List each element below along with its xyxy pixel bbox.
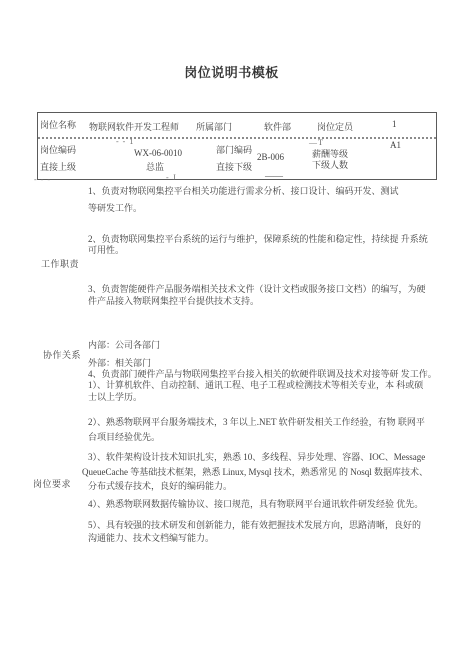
paragraph-line: 分布式缓存技术，良好的编码能力。 — [88, 479, 440, 494]
requirement-item: 5）、具有较强的技术研发和创新能力，能有效把握技术发展方向，思路清晰，良好的 沟… — [88, 519, 440, 545]
salary-grade-value: A1 — [390, 140, 401, 150]
header-table: 岗位名称 物联网软件开发工程师 所属部门 软件部 岗位定员 1 岗位编码 - -… — [37, 112, 437, 180]
subordinate-count-label: 下级人数 — [312, 158, 348, 171]
section-label-requirements: 岗位要求 — [33, 477, 71, 490]
paragraph-line: 1）、计算机软件、自动控制、通讯工程、电子工程或检测技术等相关专业，本 科或硕 — [88, 380, 440, 392]
position-code-value: WX-06-0010 — [134, 148, 182, 158]
page-title: 岗位说明书模板 — [0, 62, 463, 81]
headcount-label: 岗位定员 — [317, 120, 353, 133]
responsibility-item: 3、负责智能硬件产品服务端相关技术文件（设计文档或服务接口文档）的编写，为硬 件… — [88, 283, 440, 307]
collaboration-internal: 内部：公司各部门 — [88, 339, 440, 351]
department-label: 所属部门 — [196, 120, 232, 133]
position-name-label: 岗位名称 — [40, 118, 76, 131]
responsibility-item: 2、负责物联网集控平台系统的运行与维护，保障系统的性能和稳定性，持续提 升系统 … — [88, 234, 440, 256]
subordinate-label: 直接下级 — [216, 160, 252, 173]
document-page: 岗位说明书模板 岗位名称 物联网软件开发工程师 所属部门 软件部 岗位定员 1 … — [0, 0, 463, 655]
requirement-item: 2）、熟悉物联网平台服务端技术，3 年以上.NET 软件研发相关工作经验，有物 … — [88, 415, 440, 445]
requirement-item: 4、负责部门硬件产品与物联网集控平台接入相关的软硬件联调及技术对接等研 发工作。 — [88, 369, 440, 380]
department-value: 软件部 — [264, 120, 291, 133]
paragraph-line: 件产品接入物联网集控平台提供技术支持。 — [88, 295, 440, 307]
paragraph-line: 5）、具有较强的技术研发和创新能力，能有效把握技术发展方向，思路清晰，良好的 — [88, 519, 440, 532]
requirement-item: 1）、计算机软件、自动控制、通讯工程、电子工程或检测技术等相关专业，本 科或硕 … — [88, 380, 440, 403]
position-name-value: 物联网软件开发工程师 — [89, 120, 179, 133]
scan-artifact-mark: - - 1 — [116, 137, 134, 146]
paragraph-line: 等研发工作。 — [88, 200, 440, 217]
paragraph-line: 2）、熟悉物联网平台服务端技术，3 年以上.NET 软件研发相关工作经验，有物 … — [88, 415, 440, 430]
scan-artifact-mark: - - - — [34, 175, 51, 184]
paragraph-line: 2、负责物联网集控平台系统的运行与维护，保障系统的性能和稳定性，持续提 升系统 — [88, 234, 440, 245]
section-label-collaboration: 协作关系 — [43, 348, 81, 361]
supervisor-label: 直接上级 — [40, 160, 76, 173]
document-body: 1、负责对物联网集控平台相关功能进行需求分析、接口设计、编码开发、测试 等研发工… — [88, 183, 440, 545]
dotted-divider — [38, 137, 436, 139]
dept-code-label: 部门编码 — [216, 143, 252, 156]
paragraph-line: 可用性。 — [88, 245, 440, 256]
paragraph-line: 3、负责智能硬件产品服务端相关技术文件（设计文档或服务接口文档）的编写，为硬 — [88, 283, 440, 295]
requirement-item: 3）、软件架构设计技术知识扎实，熟悉 10、多线程、异步处理、容器、IOC、Me… — [88, 450, 440, 494]
scan-artifact-mark: - J — [166, 173, 177, 182]
supervisor-value: 总监 — [146, 160, 164, 173]
paragraph-line: 3）、软件架构设计技术知识扎实，熟悉 10、多线程、异步处理、容器、IOC、Me… — [88, 450, 440, 465]
subordinate-value: —— — [265, 171, 283, 181]
requirement-item: 4）、熟悉物联网数据传输协议、接口规范，具有物联网平台通讯软件研发经验 优先。 — [88, 498, 440, 510]
paragraph-line: 士以上学历。 — [88, 392, 440, 404]
responsibility-item: 1、负责对物联网集控平台相关功能进行需求分析、接口设计、编码开发、测试 等研发工… — [88, 183, 440, 217]
paragraph-line: QueueCache 等基础技术框架，熟悉 Linux, Mysql 技术，熟悉… — [82, 465, 440, 480]
dept-code-value: 2B-006 — [257, 152, 284, 162]
paragraph-line: 沟通能力、技术文档编写能力。 — [88, 532, 440, 545]
position-code-label: 岗位编码 — [40, 143, 76, 156]
section-label-responsibilities: 工作职责 — [41, 257, 79, 270]
headcount-value: 1 — [392, 119, 397, 129]
paragraph-line: 1、负责对物联网集控平台相关功能进行需求分析、接口设计、编码开发、测试 — [88, 183, 440, 200]
paragraph-line: 台项目经验优先。 — [88, 430, 440, 445]
collaboration-external: 外部：相关部门 — [88, 357, 440, 369]
scan-artifact-mark: —T — [309, 138, 324, 147]
